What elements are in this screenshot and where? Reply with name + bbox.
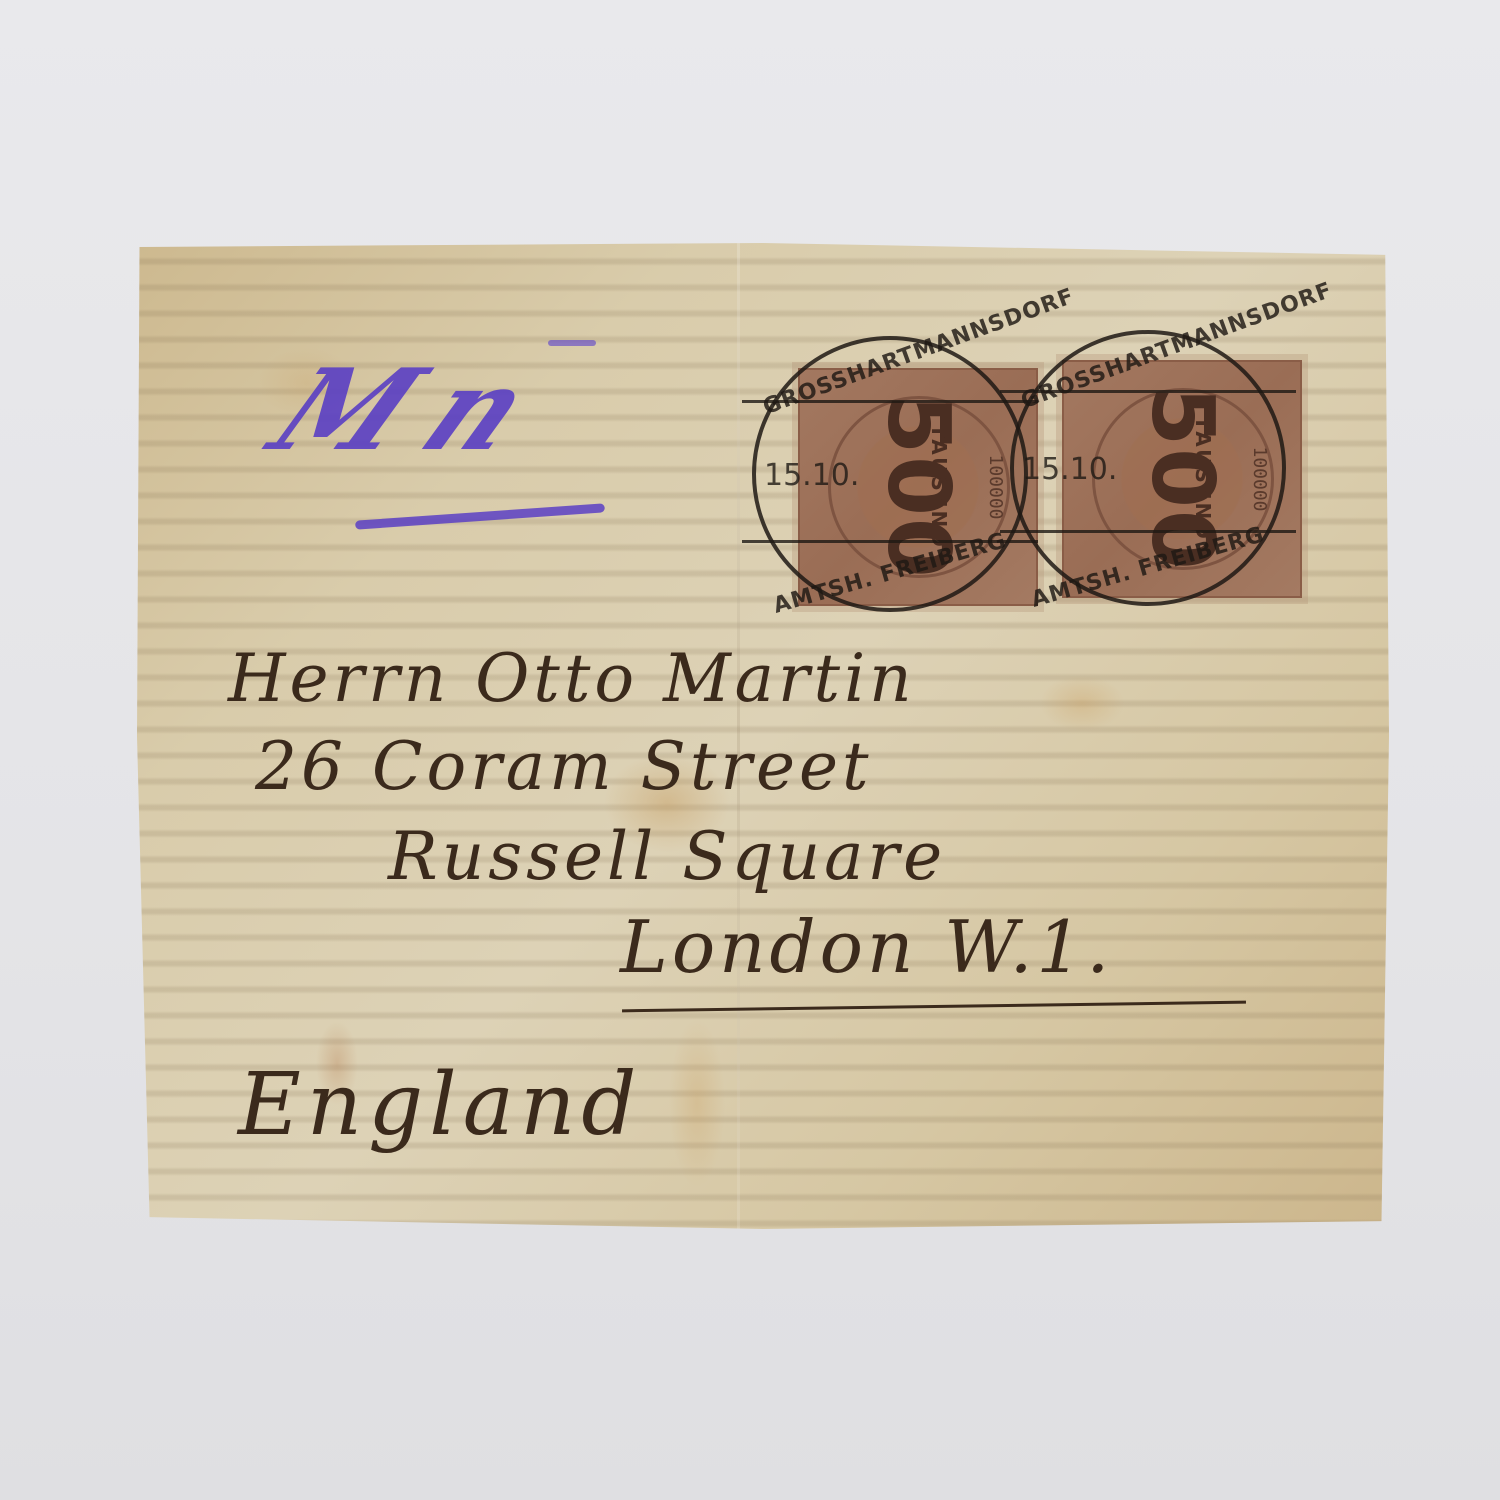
postmark-2: GROSSHARTMANNSDORF 15.10. AMTSH. FREIBER…	[1010, 330, 1286, 606]
postmark-1: GROSSHARTMANNSDORF 15.10. AMTSH. FREIBER…	[752, 336, 1028, 612]
postmark-date: 15.10.	[764, 458, 859, 493]
address-city: London W.1.	[620, 905, 1113, 989]
address-country: England	[238, 1055, 642, 1155]
address-recipient: Herrn Otto Martin	[228, 640, 916, 717]
postmark-date: 15.10.	[1022, 452, 1117, 487]
crayon-tick-mark	[548, 340, 596, 346]
address-square: Russell Square	[388, 818, 946, 895]
address-street: 26 Coram Street	[255, 728, 873, 805]
